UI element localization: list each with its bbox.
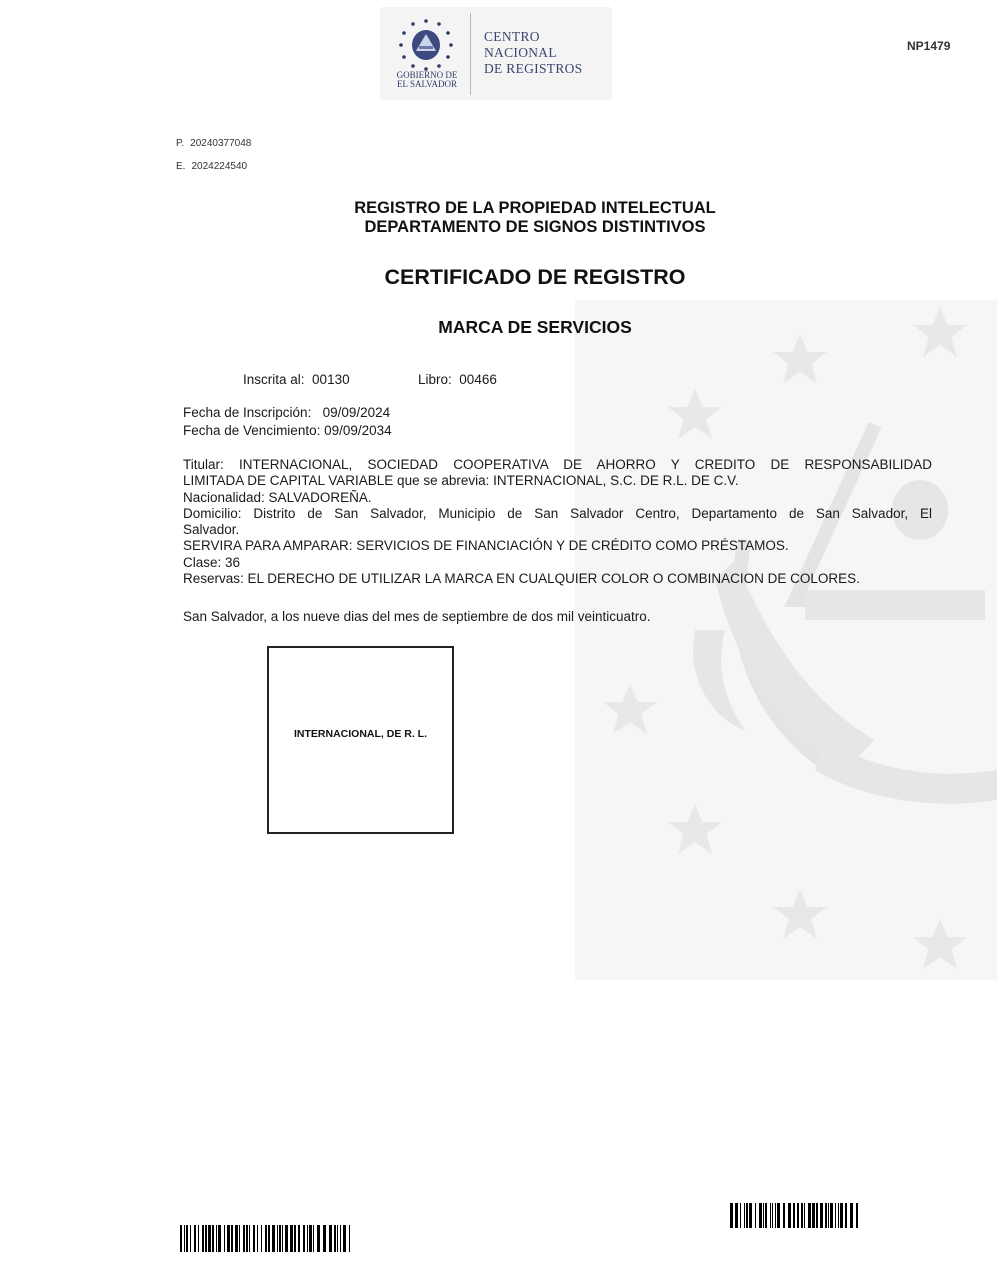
inscrita-field: Inscrita al: 00130 <box>243 372 350 387</box>
fecha-vencimiento-label: Fecha de Vencimiento: <box>183 423 320 438</box>
institution-line-2: NACIONAL <box>484 45 582 61</box>
nacionalidad: Nacionalidad: SALVADOREÑA. <box>183 490 932 506</box>
libro-label: Libro: <box>418 372 452 387</box>
mark-image-box: INTERNACIONAL, DE R. L. <box>267 646 454 834</box>
institution-name: CENTRO NACIONAL DE REGISTROS <box>484 29 582 77</box>
registry-title: REGISTRO DE LA PROPIEDAD INTELECTUAL <box>0 199 997 218</box>
el-salvador-coat-of-arms-icon <box>394 17 458 71</box>
fecha-vencimiento-value: 09/09/2034 <box>324 423 392 438</box>
cnr-logo: GOBIERNO DE EL SALVADOR CENTRO NACIONAL … <box>380 7 612 100</box>
domicilio-line-1: Domicilio: Distrito de San Salvador, Mun… <box>183 506 932 522</box>
reference-p: P.20240377048 <box>176 138 251 149</box>
titular-line-1: Titular: INTERNACIONAL, SOCIEDAD COOPERA… <box>183 457 932 473</box>
government-line-2: EL SALVADOR <box>386 80 468 89</box>
domicilio-line-2: Salvador. <box>183 522 932 538</box>
reservas: Reservas: EL DERECHO DE UTILIZAR LA MARC… <box>183 571 932 587</box>
barcode-left-number <box>180 1252 355 1256</box>
fecha-inscripcion-value: 09/09/2024 <box>323 405 391 420</box>
inscrita-value: 00130 <box>312 372 350 387</box>
barcode-left-icon <box>180 1225 355 1256</box>
coat-of-arms-watermark-icon <box>575 300 997 980</box>
government-label: GOBIERNO DE EL SALVADOR <box>386 71 468 89</box>
reference-p-label: P. <box>176 138 184 149</box>
fecha-inscripcion-label: Fecha de Inscripción: <box>183 405 311 420</box>
institution-line-3: DE REGISTROS <box>484 61 582 77</box>
logo-divider <box>470 13 471 95</box>
libro-value: 00466 <box>459 372 497 387</box>
clase: Clase: 36 <box>183 555 932 571</box>
document-code: NP1479 <box>907 39 950 53</box>
libro-field: Libro: 00466 <box>418 372 497 387</box>
inscrita-label: Inscrita al: <box>243 372 305 387</box>
watermark-background <box>575 300 997 980</box>
reference-p-value: 20240377048 <box>190 138 251 149</box>
servira-para-amparar: SERVIRA PARA AMPARAR: SERVICIOS DE FINAN… <box>183 538 932 554</box>
certificate-title: CERTIFICADO DE REGISTRO <box>0 265 997 290</box>
mark-type-title: MARCA DE SERVICIOS <box>0 317 997 338</box>
mark-text: INTERNACIONAL, DE R. L. <box>269 728 452 740</box>
certificate-details: Titular: INTERNACIONAL, SOCIEDAD COOPERA… <box>183 457 932 587</box>
closing-statement: San Salvador, a los nueve dias del mes d… <box>183 609 651 624</box>
registry-heading: REGISTRO DE LA PROPIEDAD INTELECTUAL DEP… <box>0 199 997 237</box>
institution-line-1: CENTRO <box>484 29 582 45</box>
titular-line-2: LIMITADA DE CAPITAL VARIABLE que se abre… <box>183 473 932 489</box>
reference-e-label: E. <box>176 161 185 172</box>
fecha-inscripcion-field: Fecha de Inscripción: 09/09/2024 <box>183 405 390 420</box>
reference-e: E.2024224540 <box>176 161 247 172</box>
fecha-vencimiento-field: Fecha de Vencimiento: 09/09/2034 <box>183 423 392 438</box>
barcode-right-number <box>730 1228 861 1232</box>
barcode-right-icon <box>730 1203 861 1232</box>
reference-e-value: 2024224540 <box>191 161 247 172</box>
department-title: DEPARTAMENTO DE SIGNOS DISTINTIVOS <box>0 218 997 237</box>
